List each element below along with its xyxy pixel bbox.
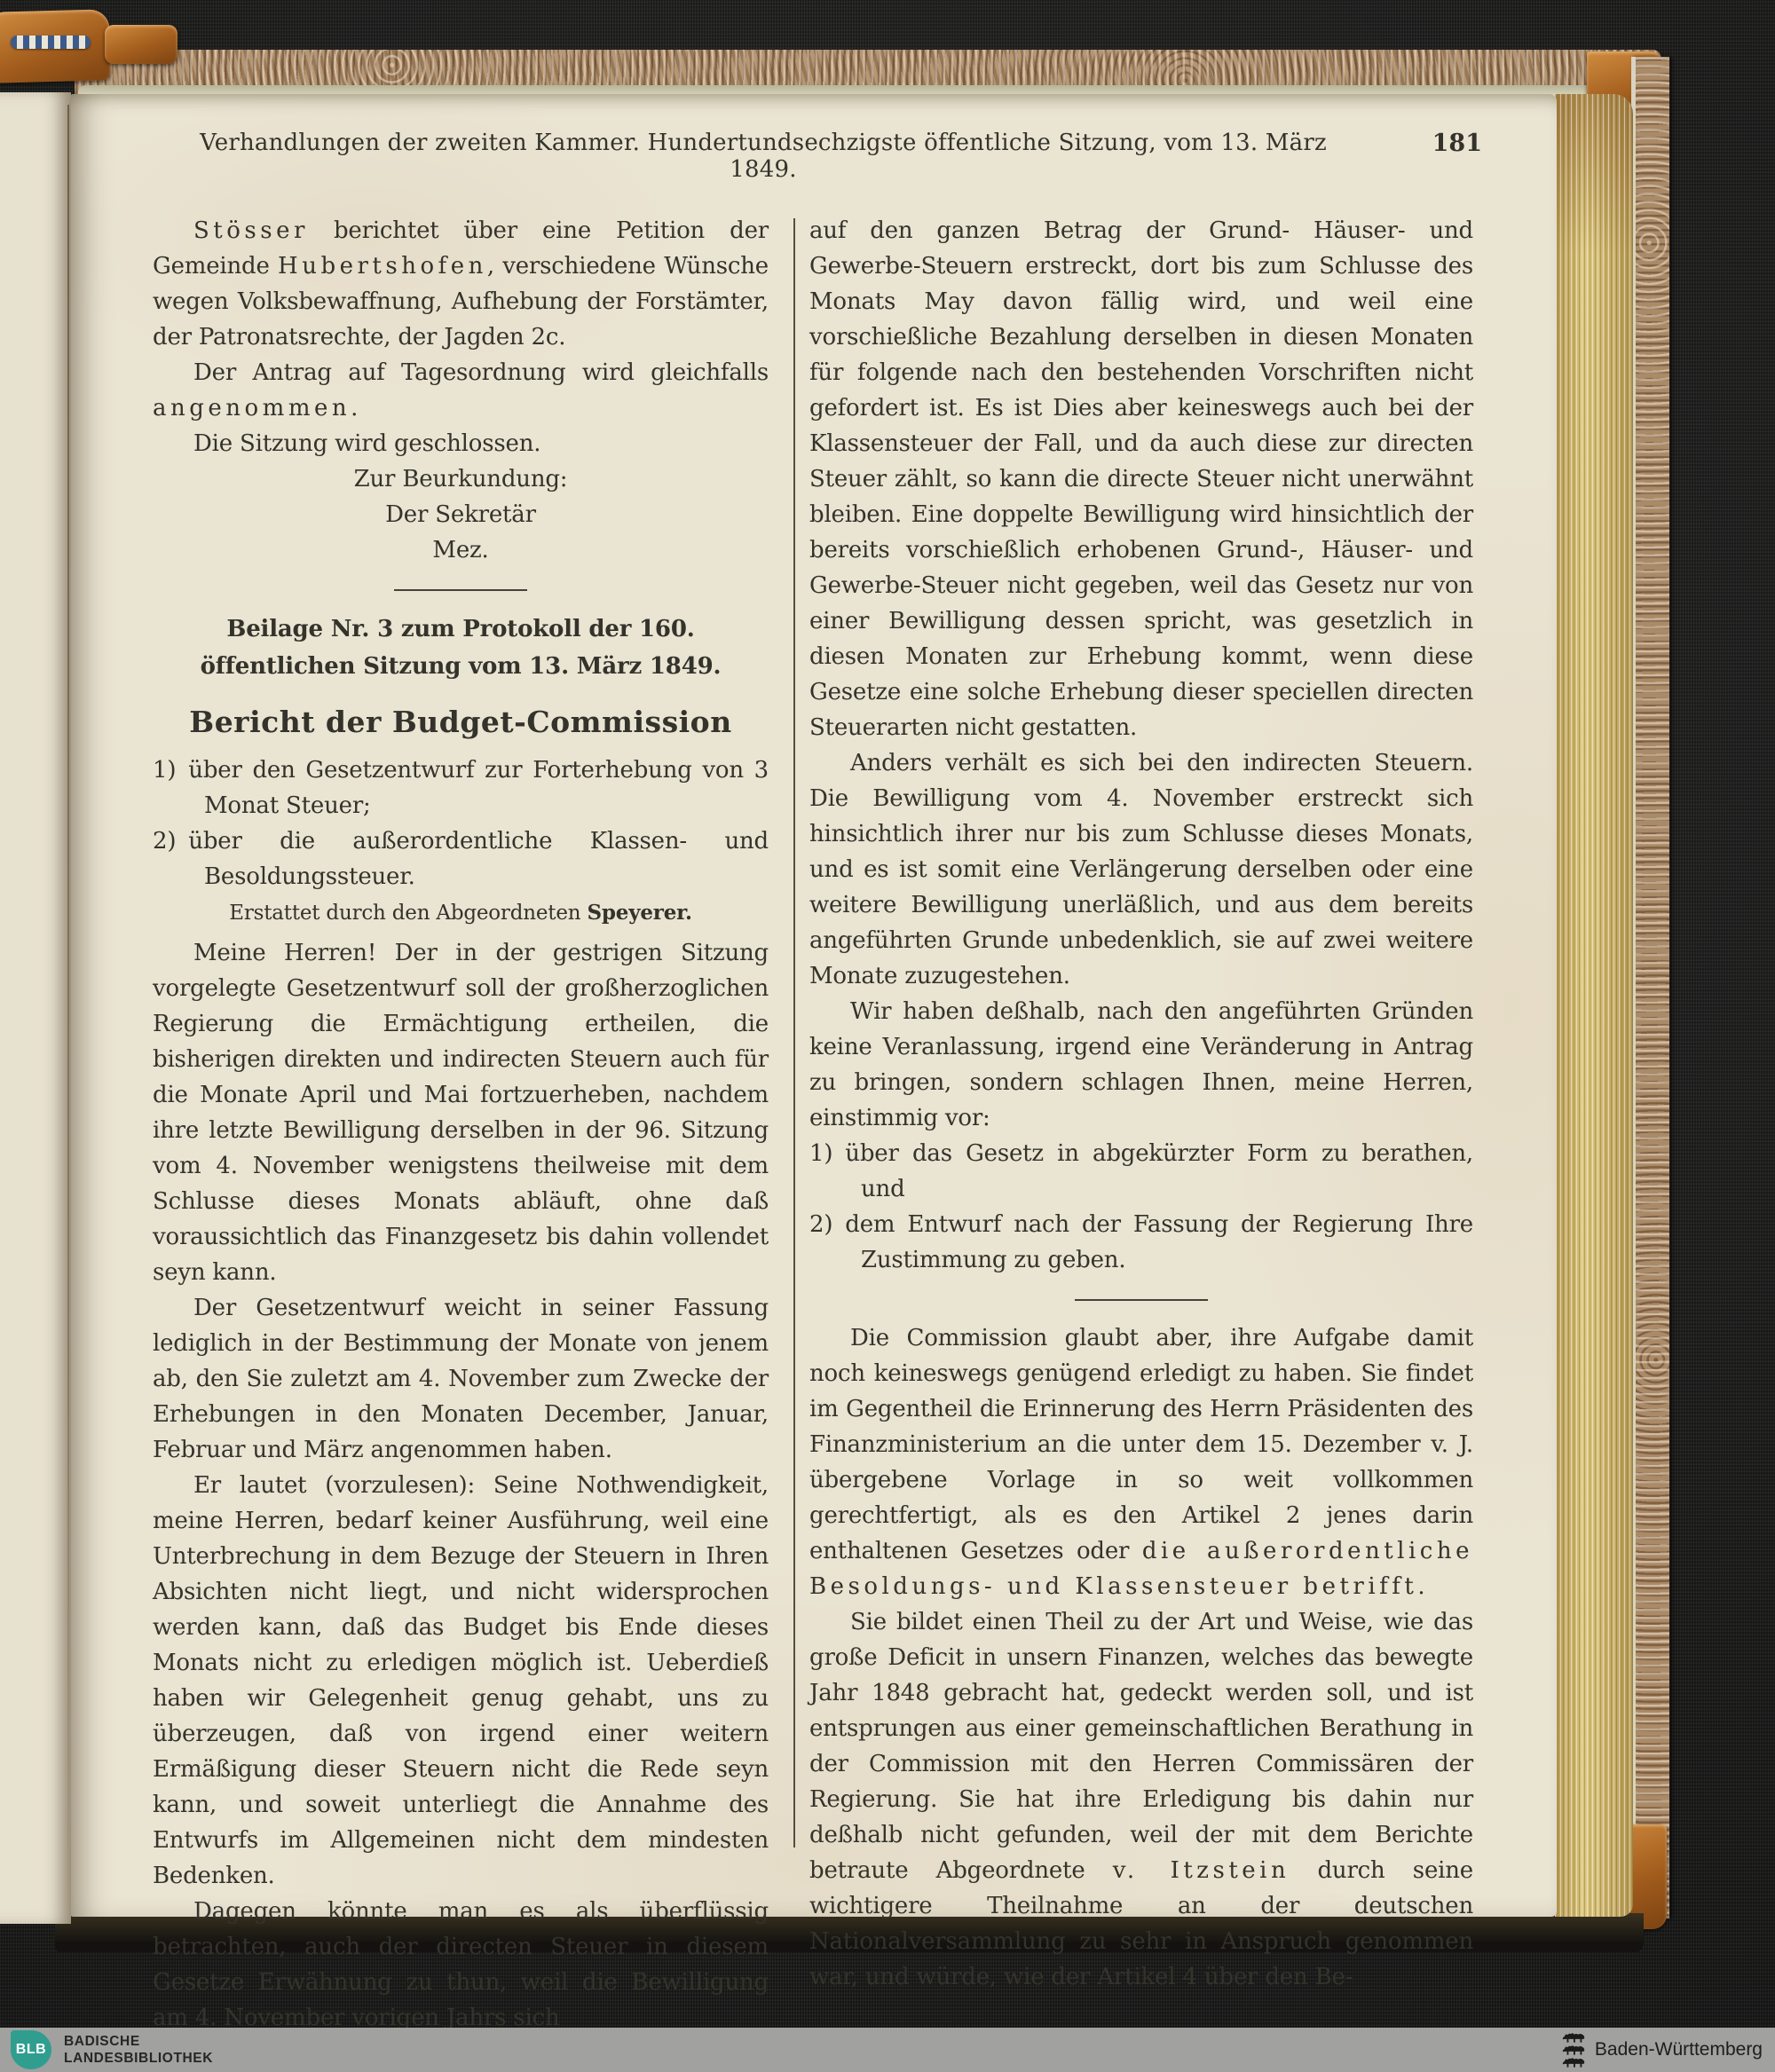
bw-wordmark: Baden-Württemberg <box>1595 2039 1763 2060</box>
list-item-1: 1)über das Gesetz in abgekürzter Form zu… <box>809 1136 1473 1207</box>
speaker-name: Stösser <box>193 217 309 244</box>
deputy-name: v. Itzstein <box>1113 1857 1290 1884</box>
column-divider-rule <box>793 218 795 1847</box>
left-column: Stösser berichtet über eine Petition der… <box>153 213 769 2036</box>
bw-coat-of-arms-icon <box>1561 2031 1586 2068</box>
beilage-heading: Beilage Nr. 3 zum Protokoll der 160. öff… <box>153 611 769 685</box>
gutter-shadow <box>67 105 69 1906</box>
paragraph-betrag: auf den ganzen Betrag der Grund- Häuser-… <box>809 213 1473 745</box>
facing-page-sliver <box>0 92 71 1924</box>
baden-wuerttemberg-brand: Baden-Württemberg <box>1561 2031 1763 2068</box>
headband <box>11 35 91 49</box>
page-number: 181 <box>1409 130 1482 157</box>
paragraph-deficit: Sie bildet einen Theil zu der Art und We… <box>809 1604 1473 1995</box>
list-item-1: 1)über den Gesetzentwurf zur Forterhebun… <box>153 752 769 823</box>
paragraph-sitzung-geschlossen: Die Sitzung wird geschlossen. <box>153 426 769 461</box>
place-name: Hubertshofen <box>278 253 487 280</box>
paragraph-er-lautet: Er lautet (vorzulesen): Seine Nothwendig… <box>153 1468 769 1894</box>
paragraph-gesetzentwurf: Der Gesetzentwurf weicht in seiner Fassu… <box>153 1290 769 1468</box>
paragraph-petition: Stösser berichtet über eine Petition der… <box>153 213 769 355</box>
section-rule <box>1075 1299 1208 1301</box>
right-column: auf den ganzen Betrag der Grund- Häuser-… <box>809 213 1473 1995</box>
list-item-2: 2)dem Entwurf nach der Fassung der Regie… <box>809 1207 1473 1278</box>
attestation-role: Der Sekretär <box>153 497 769 532</box>
rapporteur-line: Erstattet durch den Abgeordneten Speyere… <box>153 896 769 930</box>
leather-cover-headcap <box>105 25 177 64</box>
marbled-board-right-edge <box>1631 57 1669 1918</box>
paragraph-antrag: Der Antrag auf Tagesordnung wird gleichf… <box>153 355 769 426</box>
list-item-2: 2)über die außerordentliche Klassen- und… <box>153 823 769 894</box>
paragraph-commission: Die Commission glaubt aber, ihre Aufgabe… <box>809 1320 1473 1604</box>
page-header-title: Verhandlungen der zweiten Kammer. Hunder… <box>169 130 1358 183</box>
rapporteur-name: Speyerer. <box>587 901 691 925</box>
section-rule <box>394 589 527 591</box>
bericht-heading: Bericht der Budget-Commission <box>153 701 769 744</box>
blb-wordmark: BADISCHE LANDESBIBLIOTHEK <box>64 2033 213 2067</box>
secretary-name: Mez. <box>153 532 769 568</box>
paragraph-meine-herren: Meine Herren! Der in der gestrigen Sitzu… <box>153 935 769 1290</box>
paragraph-vorschlag: Wir haben deßhalb, nach den angeführten … <box>809 994 1473 1136</box>
blb-logo-icon: BLB <box>11 2030 51 2069</box>
footer-bar: BLB BADISCHE LANDESBIBLIOTHEK Baden-Würt… <box>0 2028 1775 2072</box>
attestation-line: Zur Beurkundung: <box>153 461 769 497</box>
fore-edge-pages <box>1555 94 1633 1917</box>
paragraph-dagegen: Dagegen könnte man es als überflüssig be… <box>153 1894 769 2036</box>
paragraph-indirecte: Anders verhält es sich bei den indirecte… <box>809 745 1473 994</box>
